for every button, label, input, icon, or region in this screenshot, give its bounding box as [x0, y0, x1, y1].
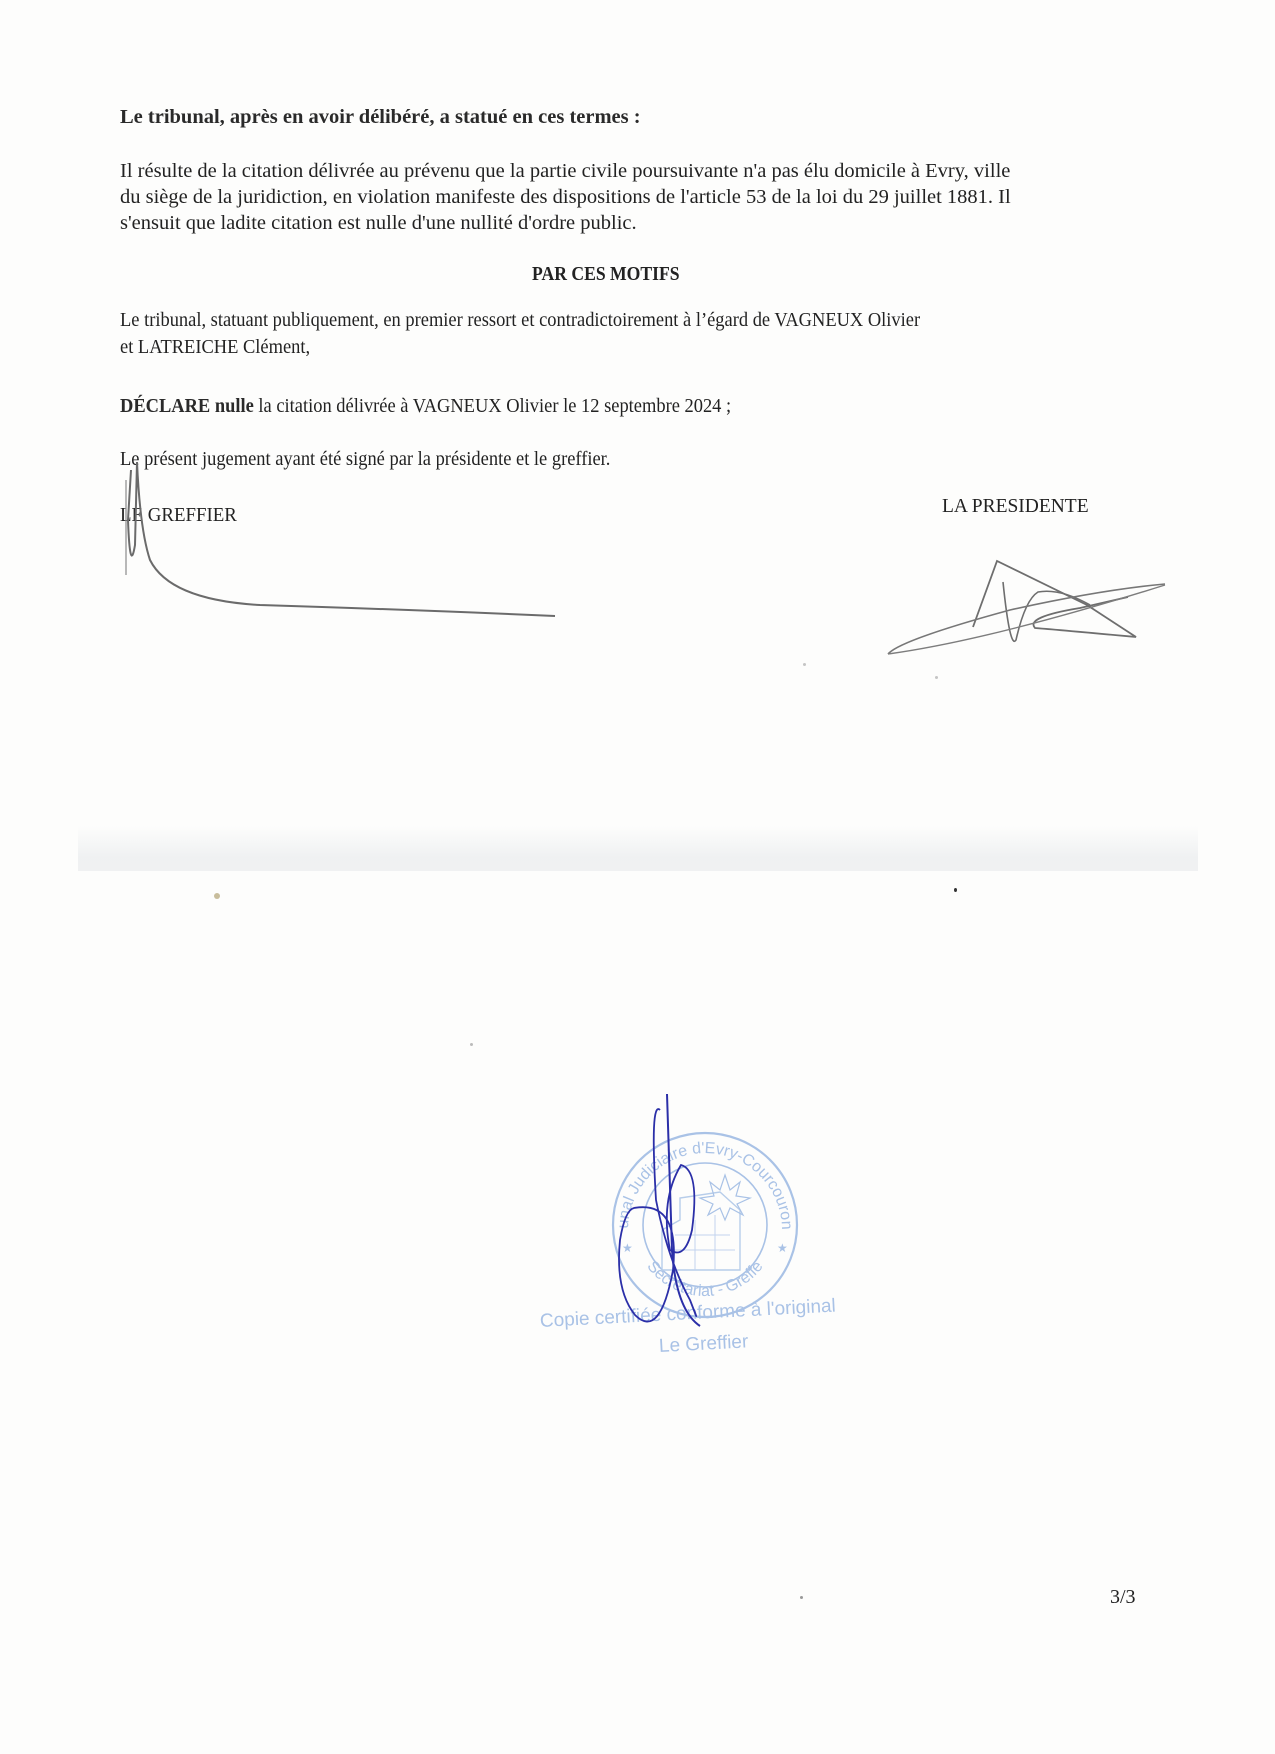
paper-speck: [800, 1596, 803, 1599]
greffier-blue-signature-icon: [0, 0, 1275, 1400]
document-page: Le tribunal, après en avoir délibéré, a …: [0, 0, 1275, 1754]
page-number: 3/3: [1110, 1584, 1136, 1611]
